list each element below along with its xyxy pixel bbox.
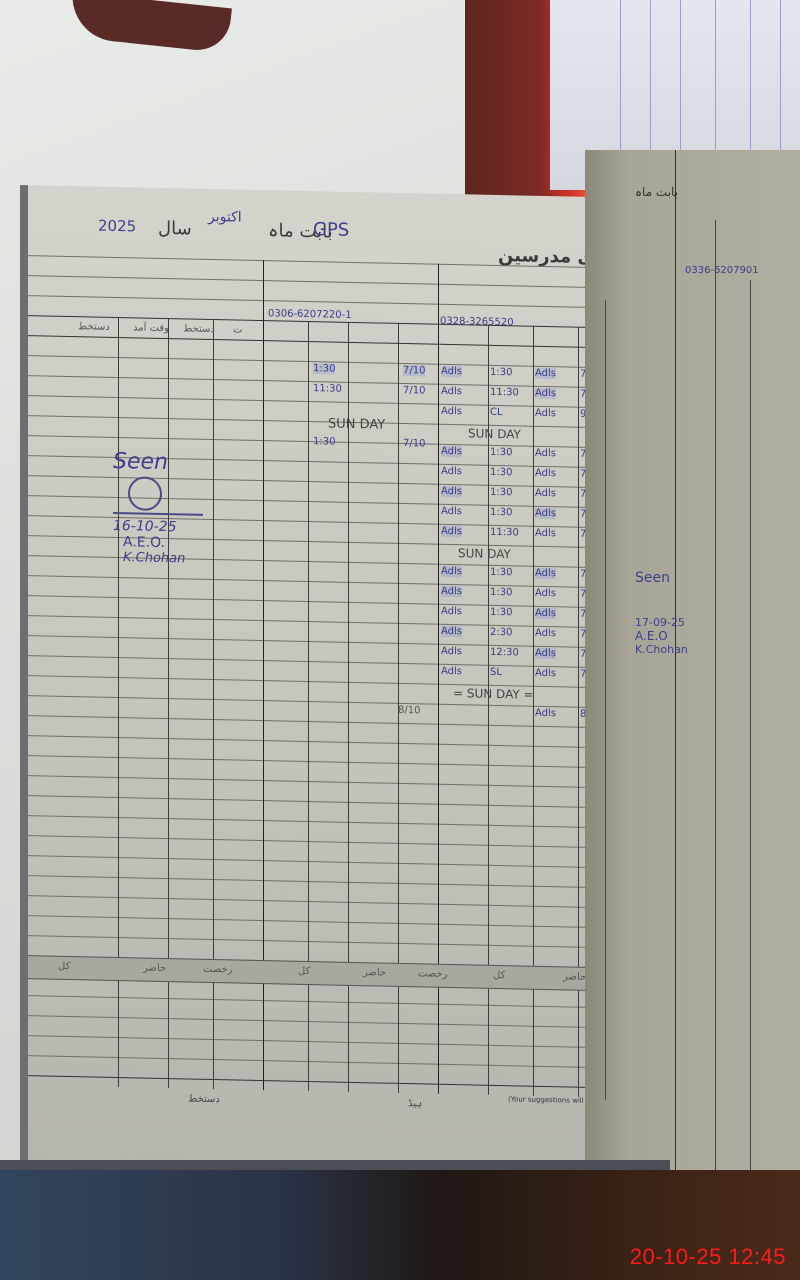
entry-sign: Adls	[441, 366, 462, 377]
entry-sign: Adls	[535, 528, 556, 539]
entry-sign: Adls	[441, 666, 462, 677]
year-label: سال	[158, 218, 192, 240]
entry-time: 1:30	[490, 367, 512, 378]
entry-sign: Adls	[535, 608, 556, 619]
entry-sign: Adls	[535, 628, 556, 639]
column-header: دستخط	[78, 321, 110, 333]
entry-time: 1:30	[490, 447, 512, 458]
footer-label: کل	[493, 970, 505, 981]
inspector-designation: A.E.O	[635, 629, 688, 643]
seen-text: Seen	[113, 449, 203, 476]
sunday-note: SUN DAY	[328, 416, 385, 432]
entry-sign: Adls	[535, 388, 556, 399]
signature-line	[113, 512, 203, 516]
column-header: ت	[233, 324, 242, 335]
entry-sign: Adls	[441, 566, 462, 577]
entry-sign: Adls	[441, 586, 462, 597]
school-code: GPS	[313, 219, 349, 241]
footer-label: حاضر	[563, 971, 586, 982]
entry-sign: Adls	[535, 508, 556, 519]
entry-time: 1:30	[313, 436, 335, 447]
inspection-date: 16-10-25	[113, 518, 203, 536]
entry-sign: Adls	[535, 708, 556, 719]
inspection-note-right: Seen 17-09-25 A.E.O K.Chohan	[635, 570, 688, 656]
footer-label: حاضر	[363, 967, 386, 978]
entry-status: 7/10	[403, 438, 425, 449]
head-label: ہیڈ	[408, 1098, 422, 1109]
entry-sign: Adls	[535, 488, 556, 499]
entry-sign: Adls	[441, 646, 462, 657]
entry-sign: Adls	[441, 466, 462, 477]
footer-label: رخصت	[418, 968, 448, 980]
entry-sign: Adls	[441, 486, 462, 497]
column-header: دستخط	[183, 323, 215, 335]
entry-time: 2:30	[490, 627, 512, 638]
entry-time: 1:30	[490, 487, 512, 498]
entry-sign: Adls	[535, 408, 556, 419]
teacher-phone: 0306-6207220-1	[268, 308, 352, 321]
entry-sign: Adls	[441, 406, 462, 417]
entry-status: 7/10	[403, 385, 425, 396]
inspector-name: K.Chohan	[635, 643, 688, 656]
entry-sign: Adls	[535, 468, 556, 479]
entry-sign: Adls	[441, 526, 462, 537]
entry-sign: Adls	[535, 368, 556, 379]
footer-label: کل	[58, 961, 70, 972]
inspection-date: 17-09-25	[635, 616, 688, 629]
entry-time: 11:30	[490, 527, 519, 539]
register-right-page: بابت ماہ 0336-6207901 Seen 17-09-25 A.E.…	[585, 150, 800, 1170]
footer-label: رخصت	[203, 964, 233, 976]
entry-time: 12:30	[490, 647, 519, 659]
entry-time: SL	[490, 667, 502, 678]
footer-label: حاضر	[143, 963, 166, 974]
year-value: 2025	[98, 217, 136, 236]
entry-sign: Adls	[535, 668, 556, 679]
entry-time: 11:30	[490, 387, 519, 399]
register-left-page: 2025 سال اکتوبر بابت ماہ GPS حاضری مدرسی…	[20, 185, 668, 1179]
register-header: 2025 سال اکتوبر بابت ماہ GPS حاضری مدرسی…	[98, 217, 648, 269]
seen-text: Seen	[635, 570, 688, 586]
entry-time: 1:30	[490, 467, 512, 478]
teacher-phone: 0328-3265520	[440, 316, 514, 329]
month-label: بابت ماہ	[635, 185, 678, 199]
entry-sign: Adls	[441, 626, 462, 637]
teacher-phone: 0336-6207901	[685, 265, 759, 276]
entry-time: CL	[490, 407, 503, 418]
entry-sign: Adls	[535, 588, 556, 599]
entry-sign: Adls	[535, 648, 556, 659]
month-value: اکتوبر	[208, 209, 242, 226]
column-header: وقت آمد	[133, 322, 169, 334]
inspector-name: K.Chohan	[123, 550, 203, 567]
entry-status: 7/10	[403, 365, 425, 376]
entry-sign: Adls	[535, 448, 556, 459]
entry-time: 1:30	[313, 363, 335, 374]
entry-time: 1:30	[490, 507, 512, 518]
inspector-designation: A.E.O.	[123, 534, 203, 552]
signature-label: دستخط	[188, 1094, 220, 1106]
entry-time: 1:30	[490, 587, 512, 598]
entry-sign: Adls	[441, 386, 462, 397]
entry-time: 1:30	[490, 567, 512, 578]
small-mark: 8/10	[398, 705, 420, 716]
sunday-note: SUN DAY	[468, 426, 521, 441]
entry-time: 11:30	[313, 383, 342, 395]
entry-sign: Adls	[535, 568, 556, 579]
entry-sign: Adls	[441, 606, 462, 617]
sunday-note: SUN DAY	[458, 546, 511, 561]
entry-sign: Adls	[441, 446, 462, 457]
entry-sign: Adls	[441, 506, 462, 517]
camera-timestamp: 20-10-25 12:45	[630, 1244, 786, 1270]
footer-label: کل	[298, 966, 310, 977]
sunday-note: = SUN DAY =	[453, 686, 534, 702]
entry-time: 1:30	[490, 607, 512, 618]
inspection-note: Seen 16-10-25 A.E.O. K.Chohan	[113, 449, 203, 567]
signature-mark	[128, 476, 162, 511]
